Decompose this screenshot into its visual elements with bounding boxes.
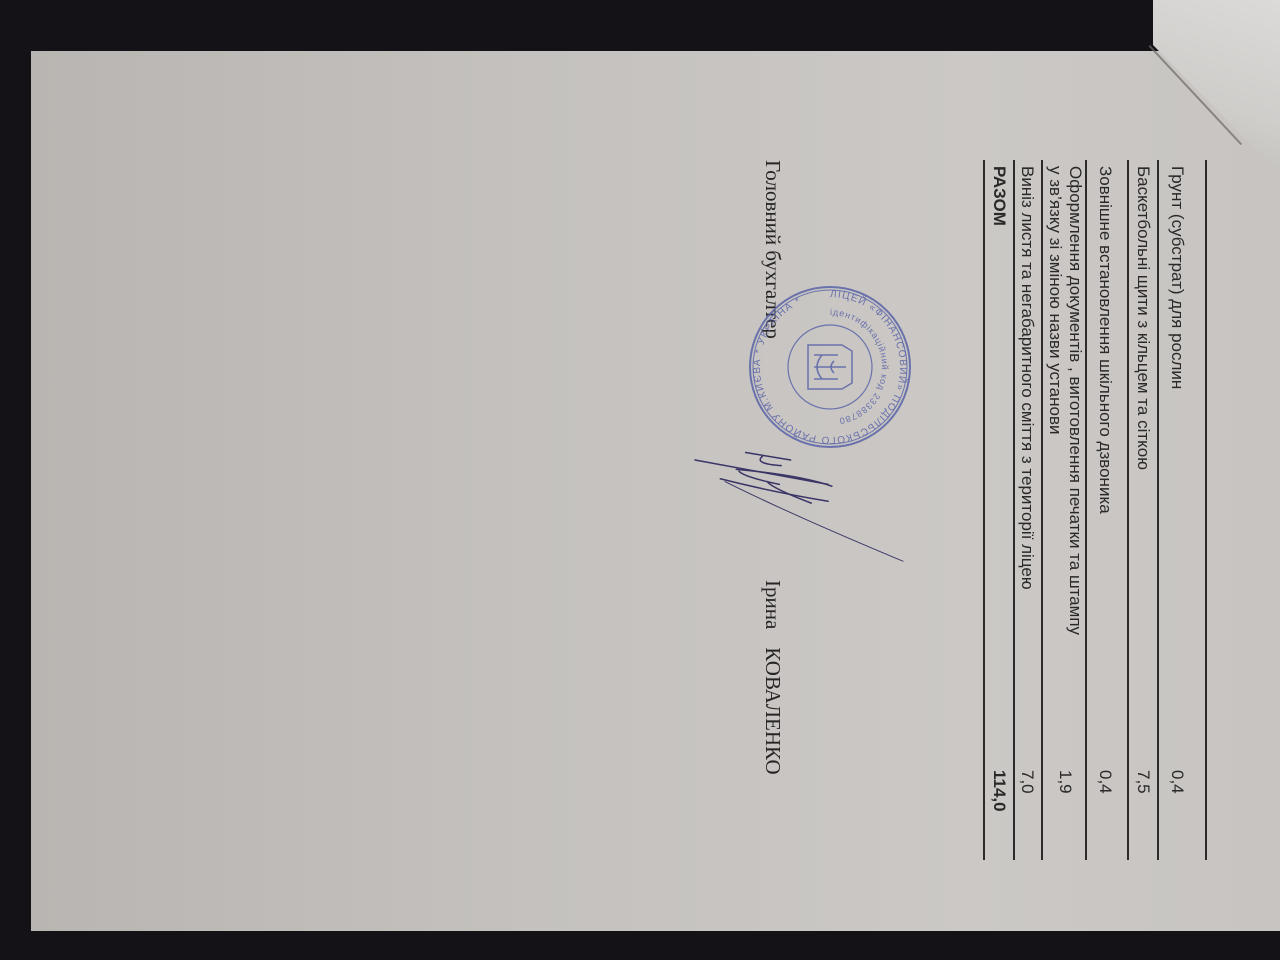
table-top-rule (1205, 160, 1207, 860)
table-row: Зовнішне встановлення шкільного дзвоника… (1085, 160, 1127, 860)
handwritten-signature (680, 430, 920, 580)
official-stamp: ЛІЦЕЙ «ФІНАНСОВИЙ» ПОДІЛЬСЬКОГО РАЙОНУ М… (745, 282, 915, 452)
row-label: Зовнішне встановлення шкільного дзвоника (1095, 160, 1115, 860)
row-value: 1,9 (1055, 770, 1075, 830)
signatory-first-name: Ірина (761, 580, 785, 629)
cost-table: Грунт (субстрат) для рослин 0,4 Баскетбо… (983, 160, 1195, 860)
row-label: Грунт (субстрат) для рослин (1167, 160, 1187, 860)
table-total-row: РАЗОМ 114,0 (983, 160, 1013, 860)
row-value: 0,4 (1095, 770, 1115, 830)
table-row: Виніз листя та негабаритного сміття з те… (1013, 160, 1041, 860)
table-row: Грунт (субстрат) для рослин 0,4 (1157, 160, 1195, 860)
signatory-name: ІринаКОВАЛЕНКО (760, 580, 785, 775)
signatory-last-name: КОВАЛЕНКО (761, 647, 785, 774)
row-value: 7,0 (1017, 770, 1037, 830)
row-value: 0,4 (1167, 770, 1187, 830)
trident-icon (808, 345, 852, 389)
row-label: Баскетбольні щити з кільцем та сіткою (1133, 160, 1153, 860)
total-value: 114,0 (989, 770, 1009, 830)
row-label: Виніз листя та негабаритного сміття з те… (1017, 160, 1037, 860)
table-row: Оформлення документів , виготовлення печ… (1041, 160, 1085, 860)
row-label: Оформлення документів , виготовлення печ… (1045, 160, 1085, 860)
row-label-line-1: Оформлення документів , виготовлення печ… (1066, 166, 1085, 635)
row-label-line-2: у зв’язку зі зміною назви установи (1046, 166, 1065, 434)
table-row: Баскетбольні щити з кільцем та сіткою 7,… (1127, 160, 1157, 860)
total-label: РАЗОМ (989, 160, 1009, 860)
row-value: 7,5 (1133, 770, 1153, 830)
